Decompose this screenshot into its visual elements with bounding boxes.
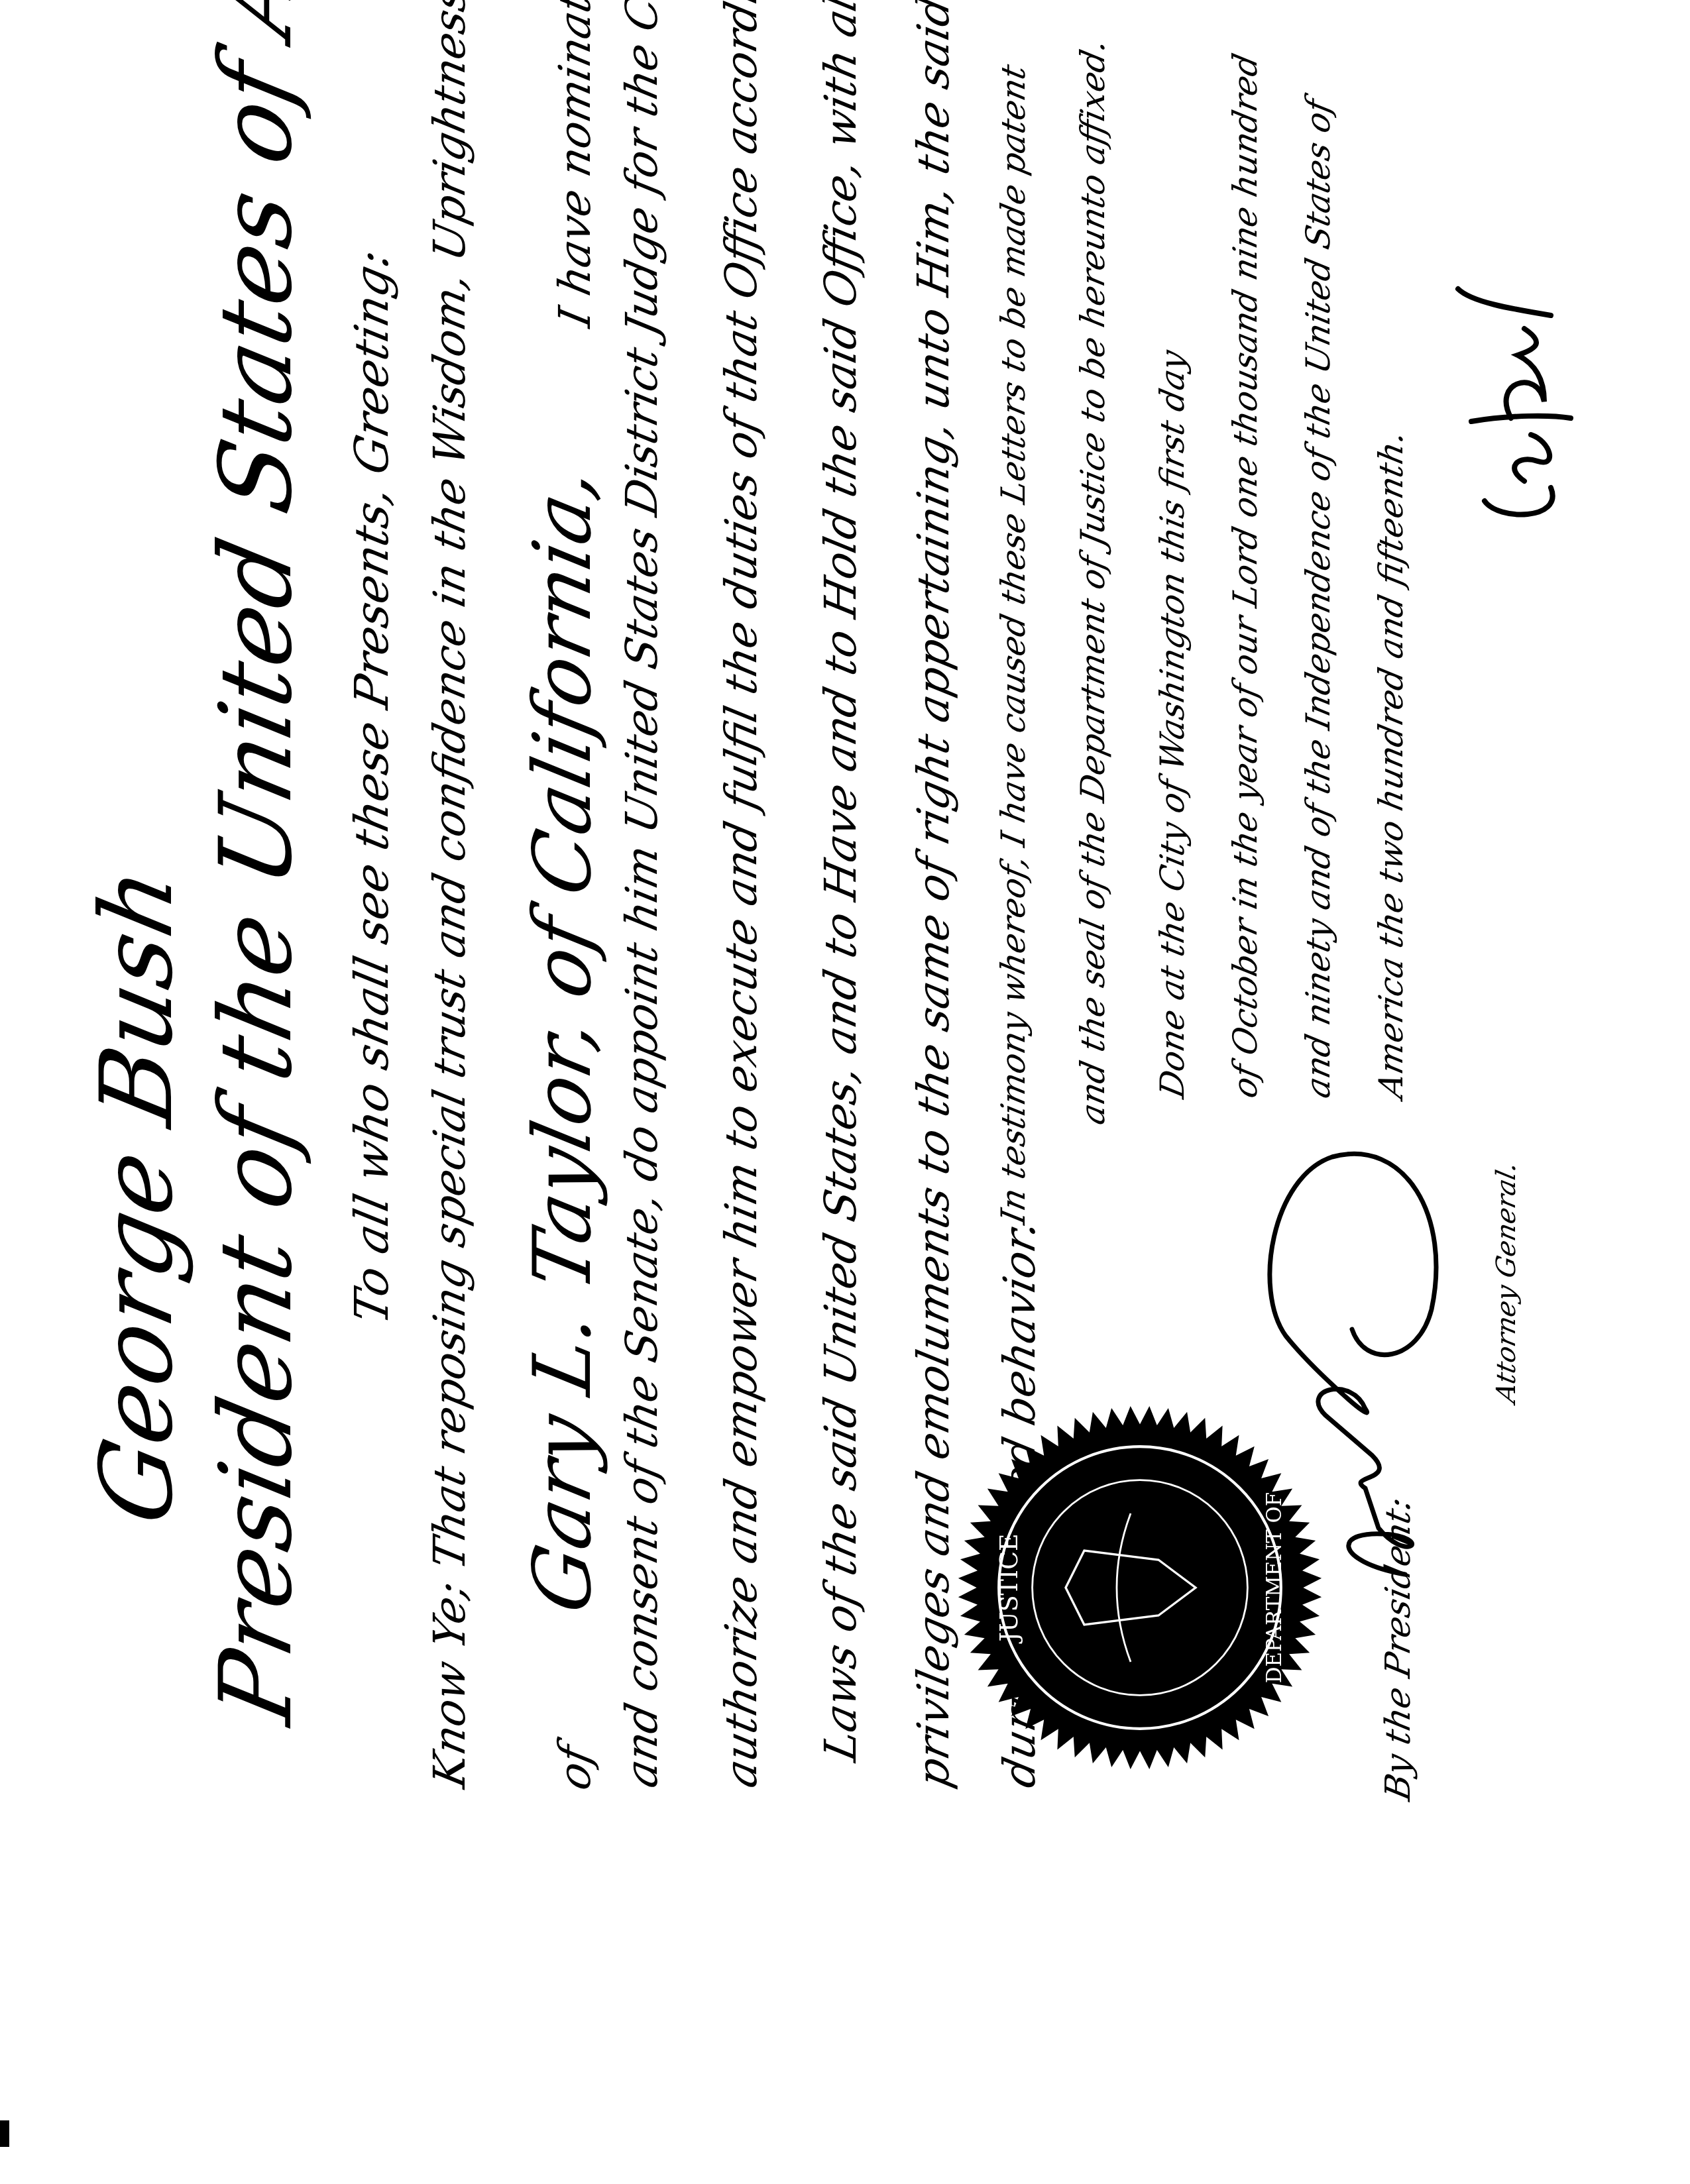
testimony-line-5: and ninety and of the Independence of th… xyxy=(1299,96,1337,1101)
president-signature xyxy=(1445,249,1591,527)
seal-top-text: JUSTICE xyxy=(995,1533,1023,1644)
commission-document: George Bush President of the United Stat… xyxy=(0,0,1690,2184)
testimony-line-6: America the two hundred and fifteenth. xyxy=(1372,427,1410,1101)
scan-edge-mark xyxy=(0,2120,9,2147)
body-line-3: and consent of the Senate, do appoint hi… xyxy=(616,0,667,1792)
attorney-general-signature xyxy=(1233,1124,1498,1588)
testimony-line-3: Done at the City of Washington this firs… xyxy=(1153,347,1192,1101)
body-line-1: Know Ye; That reposing special trust and… xyxy=(424,0,475,1792)
testimony-line-4: of October in the year of our Lord one t… xyxy=(1226,50,1265,1101)
attorney-general-label: Attorney General. xyxy=(1491,1159,1522,1405)
body-line-2: of Gary L. Taylor, of California, I have… xyxy=(517,0,609,1796)
appointee-name: Gary L. Taylor, of California, xyxy=(517,460,609,1621)
title-office: President of the United States of Americ… xyxy=(199,0,314,1732)
body-line-5: Laws of the said United States, and to H… xyxy=(815,0,866,1765)
title-name: George Bush xyxy=(80,857,195,1533)
body-line-6: privileges and emoluments to the same of… xyxy=(908,0,959,1792)
testimony-line-2: and the seal of the Department of Justic… xyxy=(1074,36,1112,1128)
greeting: To all who shall see these Presents, Gre… xyxy=(345,245,399,1328)
testimony-line-1: In testimony whereof, I have caused thes… xyxy=(994,61,1033,1227)
body-line-4: authorize and empower him to execute and… xyxy=(716,0,767,1792)
of-text: of xyxy=(549,1741,600,1794)
nomination-text: I have nominated, and, by and with the a… xyxy=(549,0,600,331)
